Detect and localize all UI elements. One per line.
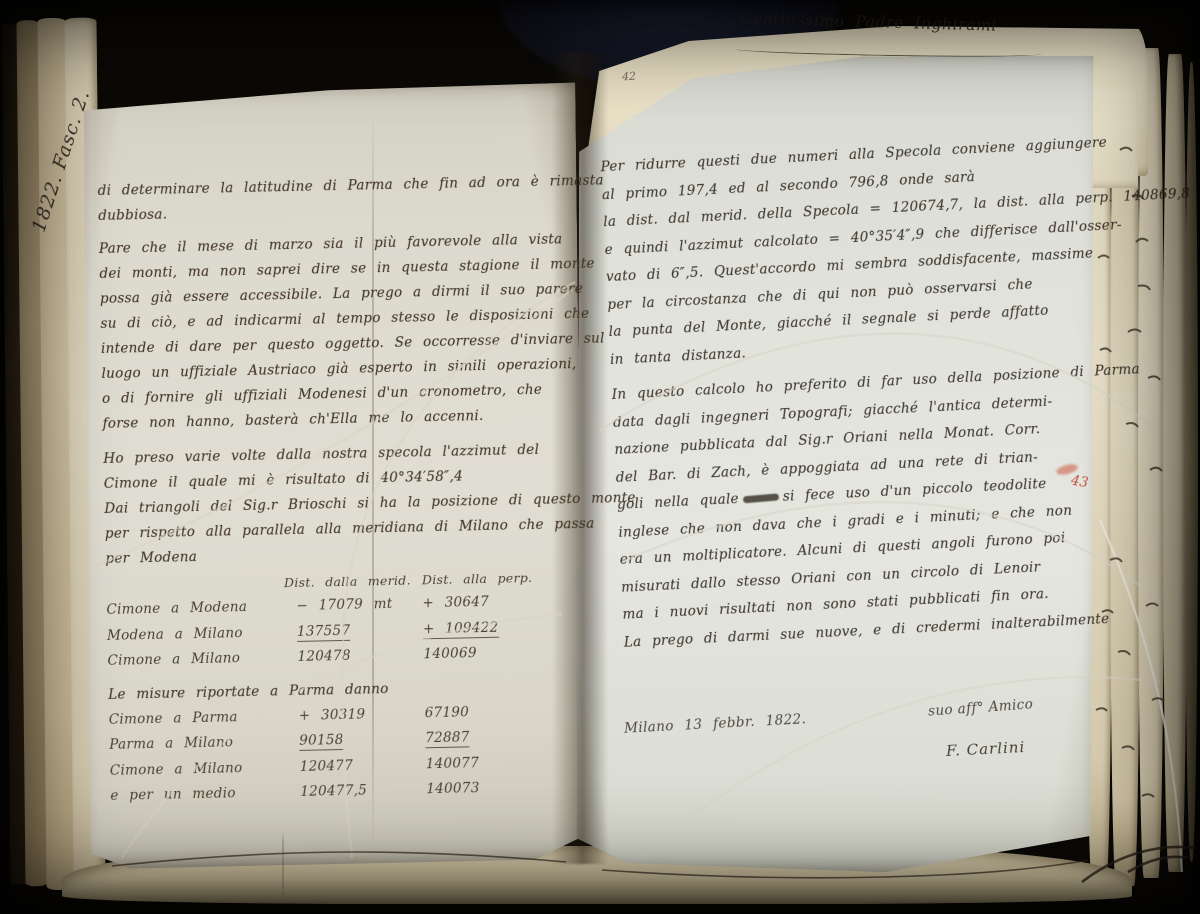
merid-value: 90158 (299, 726, 426, 754)
row-label: Parma a Milano (109, 729, 299, 758)
line-fragment: goli nella quale (617, 491, 739, 513)
crossed-out-word (743, 493, 779, 503)
perp-value: 140073 (426, 775, 557, 803)
page-edge-strip (1185, 62, 1198, 862)
perp-value: + 30647 (422, 589, 553, 617)
perp-value: 67190 (424, 698, 555, 726)
row-label: Cimone a Milano (107, 645, 297, 674)
merid-value: + 30319 (298, 701, 425, 729)
perp-value: 140077 (426, 749, 557, 777)
table-col1-header: Dist. dalla merid. (284, 569, 422, 594)
left-page-text: di determinare la latitudine di Parma ch… (97, 169, 582, 809)
merid-value: 137557 (297, 617, 424, 645)
merid-value: 120477 (300, 752, 427, 780)
right-page-text: Per ridurre questi due numeri alla Speco… (600, 130, 1116, 656)
merid-value: − 17079 mt (296, 591, 423, 619)
perp-value: 72887 (425, 724, 556, 752)
perp-value: 140069 (423, 640, 554, 668)
pencil-page-number: 42 (622, 70, 637, 84)
merid-value: 120478 (297, 642, 424, 670)
row-label: Cimone a Parma (109, 703, 299, 732)
red-edge-number: 43 (1070, 473, 1090, 492)
page-edge-strip (1163, 54, 1187, 872)
row-label: Cimone a Milano (110, 754, 300, 783)
page-crease (282, 830, 284, 900)
table-col2-header: Dist. alla perp. (422, 567, 533, 591)
perp-value: + 109422 (423, 614, 554, 642)
row-label: e per un medio (110, 780, 300, 809)
row-label: Cimone a Modena (106, 594, 296, 623)
row-label: Modena a Milano (107, 619, 297, 648)
merid-value: 120477,5 (300, 777, 427, 805)
